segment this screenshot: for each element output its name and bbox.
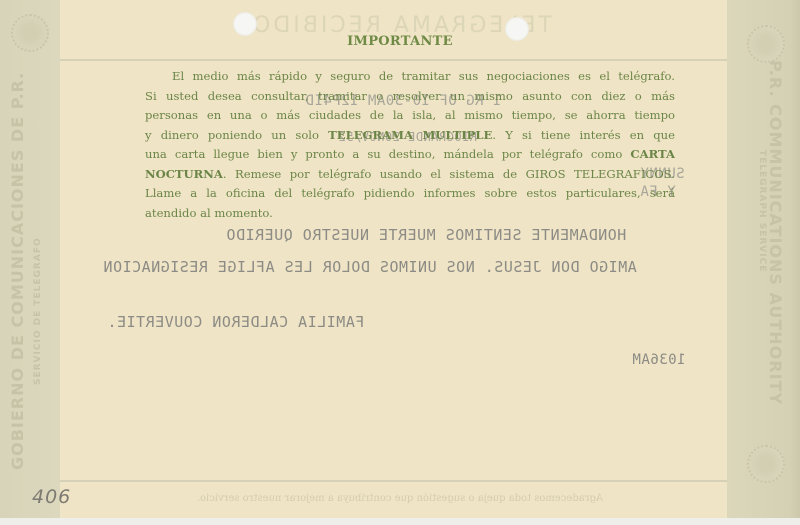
- right-strip-title: P.R. COMMUNICATIONS AUTHORITY: [766, 60, 785, 405]
- punch-hole-left: [233, 12, 257, 36]
- right-strip-subtitle: TELEGRAPH SERVICE: [757, 150, 767, 272]
- typed-message-line3: FAMILIA CALDERON COUVERTIE.: [107, 313, 364, 331]
- left-strip-subtitle: SERVICIO DE TELEGRAFO: [33, 237, 43, 385]
- scan-bottom-edge: [0, 518, 800, 525]
- notice-line: atendido al momento.: [145, 204, 675, 224]
- emphasis-carta: CARTA: [630, 147, 675, 161]
- notice-line: personas en una o más ciudades de la isl…: [145, 106, 675, 126]
- emphasis-telegrama-multiple: TELEGRAMA MULTIPLE: [328, 128, 492, 142]
- notice-line: y dinero poniendo un solo TELEGRAMA MULT…: [145, 126, 675, 146]
- notice-line: Si usted desea consultar, tramitar o res…: [145, 87, 675, 107]
- typed-message-line2: AMIGO DON JESUS. NOS UNIMOS DOLOR LES AF…: [103, 258, 637, 276]
- notice-title: IMPORTANTE: [0, 34, 800, 49]
- typed-message-line1: HONDAMENTE SENTIMOS MUERTE NUESTRO QUERI…: [226, 226, 626, 244]
- telegram-form-back: GOBIERNO DE COMUNICACIONES DE P.R. SERVI…: [0, 0, 800, 525]
- emphasis-nocturna: NOCTURNA: [145, 167, 223, 181]
- top-rule: [60, 59, 727, 61]
- seal-icon: [747, 445, 785, 483]
- bottom-rule: [60, 480, 727, 482]
- notice-line: una carta llegue bien y pronto a su dest…: [145, 145, 675, 165]
- typed-time-received: 1036AM: [632, 352, 686, 368]
- notice-line: Llame a la oficina del telégrafo pidiend…: [145, 184, 675, 204]
- notice-paragraph: El medio más rápido y seguro de tramitar…: [145, 67, 675, 223]
- notice-line: NOCTURNA. Remese por telégrafo usando el…: [145, 165, 675, 185]
- right-side-strip: P.R. COMMUNICATIONS AUTHORITY TELEGRAPH …: [727, 0, 800, 518]
- handwritten-number: 406: [32, 486, 71, 508]
- notice-line: El medio más rápido y seguro de tramitar…: [145, 67, 675, 87]
- left-strip-title: GOBIERNO DE COMUNICACIONES DE P.R.: [8, 72, 27, 470]
- left-side-strip: GOBIERNO DE COMUNICACIONES DE P.R. SERVI…: [0, 0, 60, 518]
- footer-ghost-text: Agradecemos toda queja o sugestión que c…: [0, 493, 800, 504]
